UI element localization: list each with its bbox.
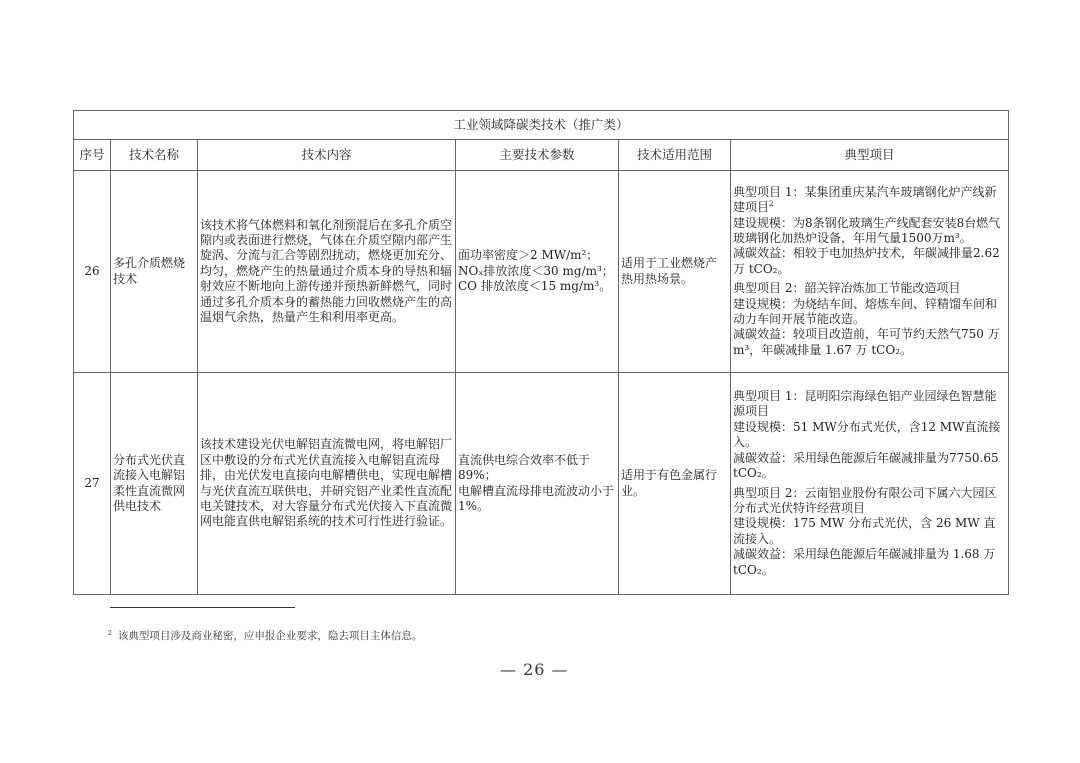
- project-title: 典型项目 1：昆明阳宗海绿色铝产业园绿色智慧能源项目: [733, 389, 1006, 420]
- project-scale: 建设规模：为8条钢化玻璃生产线配套安装8台燃气玻璃钢化加热炉设备，年用气量150…: [733, 216, 1006, 247]
- row-number: 27: [74, 373, 111, 595]
- header-scope: 技术适用范围: [619, 140, 731, 171]
- project-title: 典型项目 1：某集团重庆某汽车玻璃钢化炉产线新建项目2: [733, 185, 1006, 216]
- project-benefit: 减碳效益：采用绿色能源后年碳减排量为 1.68 万 tCO₂。: [733, 547, 1006, 578]
- table-row: 26 多孔介质燃烧技术 该技术将气体燃料和氧化剂预混后在多孔介质空隙内或表面进行…: [74, 171, 1009, 373]
- tech-name: 多孔介质燃烧技术: [111, 171, 198, 373]
- param-line: 电解槽直流母排电流波动小于 1%。: [458, 484, 616, 515]
- tech-content: 该技术将气体燃料和氧化剂预混后在多孔介质空隙内或表面进行燃烧，气体在介质空隙内部…: [198, 171, 456, 373]
- header-content: 技术内容: [198, 140, 456, 171]
- tech-params: 直流供电综合效率不低于89%； 电解槽直流母排电流波动小于 1%。: [456, 373, 619, 595]
- project-scale: 建设规模：为烧结车间、熔炼车间、锌精馏车间和动力车间开展节能改造。: [733, 297, 1006, 328]
- table-row: 27 分布式光伏直流接入电解铝柔性直流微网供电技术 该技术建设光伏电解铝直流微电…: [74, 373, 1009, 595]
- table-header-row: 序号 技术名称 技术内容 主要技术参数 技术适用范围 典型项目: [74, 140, 1009, 171]
- footnote-ref: 2: [769, 200, 773, 208]
- page-number: — 26 —: [500, 660, 569, 679]
- header-name: 技术名称: [111, 140, 198, 171]
- tech-table: 工业领域降碳类技术（推广类） 序号 技术名称 技术内容 主要技术参数 技术适用范…: [73, 110, 1009, 595]
- footnote-text: 该典型项目涉及商业秘密，应申报企业要求，隐去项目主体信息。: [118, 630, 423, 642]
- project-benefit: 减碳效益：较项目改造前，年可节约天然气750 万 m³，年碳减排量 1.67 万…: [733, 327, 1006, 358]
- header-projects: 典型项目: [731, 140, 1009, 171]
- project-benefit: 减碳效益：相较于电加热炉技术，年碳减排量2.62 万 tCO₂。: [733, 246, 1006, 277]
- project-scale: 建设规模：51 MW分布式光伏，含12 MW直流接入。: [733, 420, 1006, 451]
- param-line: 直流供电综合效率不低于89%；: [458, 453, 616, 484]
- tech-content: 该技术建设光伏电解铝直流微电网，将电解铝厂区中敷设的分布式光伏直流接入电解铝直流…: [198, 373, 456, 595]
- tech-scope: 适用于工业燃烧产热用热场景。: [619, 171, 731, 373]
- typical-projects: 典型项目 1：昆明阳宗海绿色铝产业园绿色智慧能源项目 建设规模：51 MW分布式…: [731, 373, 1009, 595]
- header-no: 序号: [74, 140, 111, 171]
- header-params: 主要技术参数: [456, 140, 619, 171]
- project-scale: 建设规模：175 MW 分布式光伏，含 26 MW 直流接入。: [733, 516, 1006, 547]
- footnote-divider: [110, 607, 295, 608]
- project-title: 典型项目 2：韶关锌冶炼加工节能改造项目: [733, 281, 1006, 296]
- param-line: CO 排放浓度＜15 mg/m³。: [458, 279, 616, 294]
- row-number: 26: [74, 171, 111, 373]
- tech-scope: 适用于有色金属行业。: [619, 373, 731, 595]
- param-line: NOₓ排放浓度＜30 mg/m³；: [458, 264, 616, 279]
- tech-name: 分布式光伏直流接入电解铝柔性直流微网供电技术: [111, 373, 198, 595]
- project-title: 典型项目 2：云南铝业股份有限公司下属六大园区分布式光伏特许经营项目: [733, 486, 1006, 517]
- param-line: 面功率密度＞2 MW/m²；: [458, 248, 616, 263]
- footnote: 2该典型项目涉及商业秘密，应申报企业要求，隐去项目主体信息。: [108, 628, 422, 643]
- footnote-marker: 2: [108, 630, 112, 637]
- typical-projects: 典型项目 1：某集团重庆某汽车玻璃钢化炉产线新建项目2 建设规模：为8条钢化玻璃…: [731, 171, 1009, 373]
- project-benefit: 减碳效益：采用绿色能源后年碳减排量为7750.65 tCO₂。: [733, 451, 1006, 482]
- table-title: 工业领域降碳类技术（推广类）: [74, 111, 1009, 140]
- tech-params: 面功率密度＞2 MW/m²； NOₓ排放浓度＜30 mg/m³； CO 排放浓度…: [456, 171, 619, 373]
